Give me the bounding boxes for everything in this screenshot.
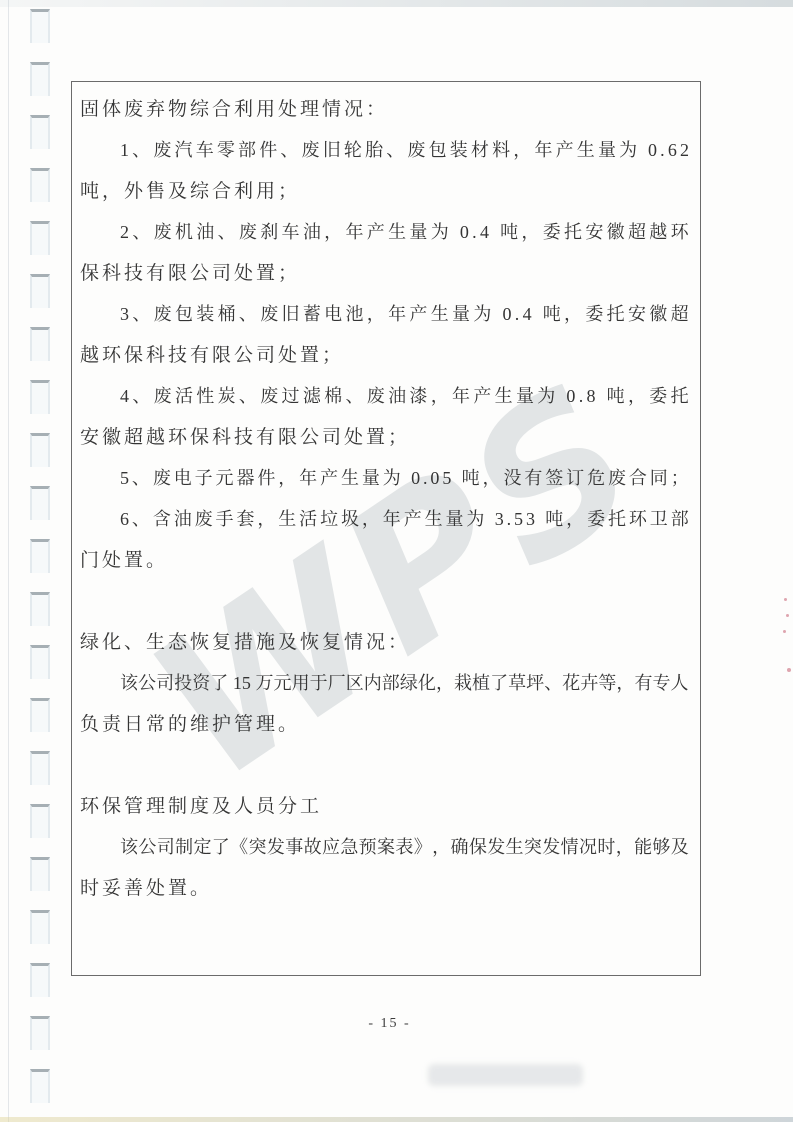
text-line: 时妥善处置。 xyxy=(80,868,689,909)
binding-hole xyxy=(30,9,50,43)
scan-artifact-bottom-edge xyxy=(0,1117,793,1122)
text-line: 固体废弃物综合利用处理情况： xyxy=(80,89,689,130)
binding-hole xyxy=(30,380,50,414)
blank-line xyxy=(80,581,689,622)
scan-speck xyxy=(783,630,786,633)
text-line: 吨，外售及综合利用； xyxy=(80,171,689,212)
text-line: 绿化、生态恢复措施及恢复情况： xyxy=(80,622,689,663)
binding-hole xyxy=(30,539,50,573)
text-line: 保科技有限公司处置； xyxy=(80,253,689,294)
text-line: 1、废汽车零部件、废旧轮胎、废包装材料，年产生量为 0.62 xyxy=(80,130,689,171)
scan-speck xyxy=(786,614,789,617)
scan-artifact-top-edge xyxy=(0,0,793,7)
scanned-document-page: WPS 固体废弃物综合利用处理情况：1、废汽车零部件、废旧轮胎、废包装材料，年产… xyxy=(0,0,793,1122)
text-line: 3、废包装桶、废旧蓄电池，年产生量为 0.4 吨，委托安徽超 xyxy=(80,294,689,335)
text-line: 6、含油废手套，生活垃圾，年产生量为 3.53 吨，委托环卫部 xyxy=(80,499,689,540)
text-line: 该公司制定了《突发事故应急预案表》，确保发生突发情况时，能够及 xyxy=(80,827,689,868)
text-line: 越环保科技有限公司处置； xyxy=(80,335,689,376)
binding-hole xyxy=(30,221,50,255)
text-line: 安徽超越环保科技有限公司处置； xyxy=(80,417,689,458)
binding-hole xyxy=(30,857,50,891)
binding-hole xyxy=(30,327,50,361)
binding-hole xyxy=(30,1069,50,1103)
binding-hole xyxy=(30,115,50,149)
text-line: 2、废机油、废刹车油，年产生量为 0.4 吨，委托安徽超越环 xyxy=(80,212,689,253)
text-line: 负责日常的维护管理。 xyxy=(80,704,689,745)
binding-hole xyxy=(30,486,50,520)
scan-smudge xyxy=(428,1064,583,1086)
binding-hole xyxy=(30,168,50,202)
scan-speck xyxy=(787,668,791,672)
binding-hole xyxy=(30,433,50,467)
blank-line xyxy=(80,745,689,786)
binding-hole xyxy=(30,274,50,308)
text-line: 环保管理制度及人员分工 xyxy=(80,786,689,827)
binding-hole xyxy=(30,698,50,732)
document-lines: 固体废弃物综合利用处理情况：1、废汽车零部件、废旧轮胎、废包装材料，年产生量为 … xyxy=(80,89,689,909)
text-line: 门处置。 xyxy=(80,540,689,581)
binding-hole xyxy=(30,592,50,626)
text-line: 4、废活性炭、废过滤棉、废油漆，年产生量为 0.8 吨，委托 xyxy=(80,376,689,417)
binding-hole xyxy=(30,751,50,785)
text-line: 5、废电子元器件，年产生量为 0.05 吨，没有签订危废合同； xyxy=(80,458,689,499)
binding-hole xyxy=(30,963,50,997)
binding-hole xyxy=(30,804,50,838)
binding-holes xyxy=(0,0,60,1122)
scan-speck xyxy=(784,598,787,601)
binding-hole xyxy=(30,62,50,96)
content-border-box: 固体废弃物综合利用处理情况：1、废汽车零部件、废旧轮胎、废包装材料，年产生量为 … xyxy=(71,81,701,976)
binding-hole xyxy=(30,910,50,944)
text-line: 该公司投资了 15 万元用于厂区内部绿化，栽植了草坪、花卉等，有专人 xyxy=(80,663,689,704)
binding-hole xyxy=(30,645,50,679)
page-number: - 15 - xyxy=(0,1016,779,1032)
